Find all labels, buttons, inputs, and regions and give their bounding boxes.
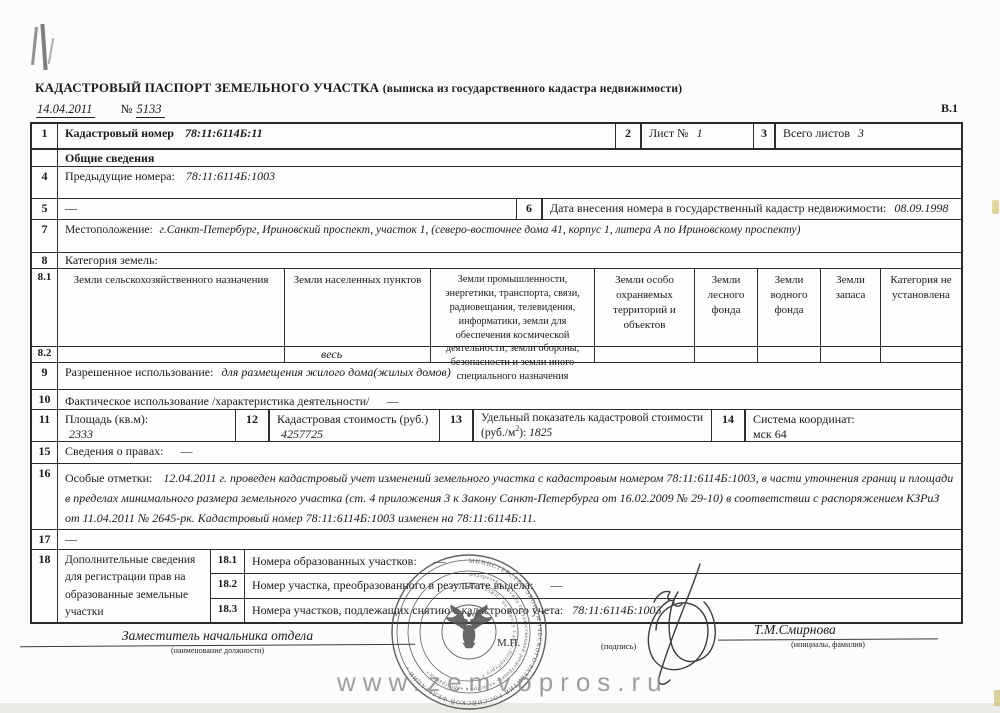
additional-info-subrows: 18.1 Номера образованных участков: — 18.… [210,550,961,622]
category-forest: Земли лесного фонда [694,269,757,346]
category-reserve: Земли запаса [820,269,880,346]
land-category-label: Категория земель: [58,253,961,268]
location-label: Местоположение: [65,224,153,236]
formed-parcels-cell: Номера образованных участков: — [245,550,961,573]
row-number: 8.1 [32,269,58,346]
number-sign: № [120,102,132,116]
sheet-value: 1 [697,126,703,140]
table-row-15: 15 Сведения о правах: — [32,442,961,464]
category-value-empty [594,347,694,362]
row-number: 18 [32,550,58,622]
table-row-8-2: 8.2 весь [32,347,961,363]
scan-smudge [992,200,999,214]
location-cell: Местоположение: г.Санкт-Петербург, Ирино… [58,220,961,252]
table-row-7: 7 Местоположение: г.Санкт-Петербург, Ири… [32,220,961,253]
sheet-cell: Лист № 1 [641,124,753,148]
coordinate-system-label: Система координат: [753,412,954,427]
table-row-1: 1 Кадастровый номер 78:11:6114Б:11 2 Лис… [32,124,961,150]
subrow-18-2: 18.2 Номер участка, преобразованного в р… [211,574,961,598]
row-number: 17 [32,530,58,549]
rights-value: — [180,444,192,458]
row-number: 18.1 [211,550,245,573]
category-value-empty [430,347,594,362]
category-not-set: Категория не установлена [880,269,961,346]
total-sheets-label: Всего листов [783,126,850,140]
category-protected: Земли особо охраняемых территорий и объе… [594,269,694,346]
previous-numbers-cell: Предыдущие номера: 78:11:6114Б:1003 [58,167,961,198]
row-number: 13 [439,410,473,441]
rights-cell: Сведения о правах: — [58,442,961,463]
scan-artifact [48,38,54,64]
special-notes-label: Особые отметки: [65,471,152,485]
total-sheets-value: 3 [858,126,864,140]
document-date-line: 14.04.2011 № 5133 [36,102,165,117]
previous-numbers-label: Предыдущие номера: [65,169,175,183]
specific-cost-line2: (руб./м2): 1825 [481,424,704,439]
permitted-use-cell: Разрешенное использование: для размещени… [58,363,961,389]
svg-text:ФГУ «ЗКП» по городу Санкт-Пете: ФГУ «ЗКП» по городу Санкт-Петербургу • [469,584,517,678]
table-row-11-14: 11 Площадь (кв.м): 2333 12 Кадастровая с… [32,410,961,442]
scan-artifact [31,27,38,65]
transformed-parcel-value: — [550,578,562,592]
row-5-dash: — [65,201,77,215]
position-caption: (наименование должности) [20,646,415,655]
row-number: 9 [32,363,58,389]
specific-cost-unit-pre: (руб./м [481,427,515,439]
subrow-18-3: 18.3 Номера участков, подлежащих снятию … [211,599,961,622]
row-number: 15 [32,442,58,463]
scan-smudge [994,690,1000,706]
area-label: Площадь (кв.м): [65,412,228,427]
cadastral-number-value: 78:11:6114Б:11 [185,126,263,140]
row-number: 8.2 [32,347,58,362]
name-caption: (инициалы, фамилия) [718,640,938,649]
previous-numbers-value: 78:11:6114Б:1003 [186,169,275,183]
category-industry: Земли промышленности, энергетики, трансп… [430,269,594,346]
stamp-place-mark: М.П. [497,637,520,649]
table-row-16: 16 Особые отметки: 12.04.2011 г. проведе… [32,464,961,530]
actual-use-cell: Фактическое использование /характеристик… [58,390,961,409]
document-number: 5133 [136,102,165,118]
official-name: Т.М.Смирнова [718,622,938,638]
category-agricultural: Земли сельскохозяйственного назначения [58,269,284,346]
permitted-use-label: Разрешенное использование: [65,365,213,379]
specific-cost-value: 1825 [529,427,552,439]
removed-parcels-cell: Номера участков, подлежащих снятию с кад… [245,599,961,622]
actual-use-value: — [386,394,398,408]
row-number: 1 [32,124,58,148]
form-code: В.1 [941,101,958,116]
category-settlements: Земли населенных пунктов [284,269,430,346]
row-number: 16 [32,464,58,529]
specific-cost-cell: Удельный показатель кадастровой стоимост… [473,410,711,441]
position-title: Заместитель начальника отдела [20,628,415,644]
sheet-label: Лист № [649,126,689,140]
table-row-17: 17 — [32,530,961,550]
category-value-empty [694,347,757,362]
table-row-8: 8 Категория земель: [32,253,961,269]
category-value-empty [757,347,820,362]
row-5-value-cell: — [58,199,516,219]
special-notes-cell: Особые отметки: 12.04.2011 г. проведен к… [58,464,961,529]
cadastral-cost-cell: Кадастровая стоимость (руб.) 4257725 [269,410,439,441]
scan-artifact [40,24,47,70]
specific-cost-label: Удельный показатель кадастровой стоимост… [481,412,704,424]
row-number: 10 [32,390,58,409]
stamp-inner-ring-text: ФГУ «ЗКП» по городу Санкт-Петербургу • [469,584,517,678]
row-17-dash: — [58,530,961,549]
permitted-use-value: для размещения жилого дома(жилых домов) [221,365,450,379]
cadastral-cost-label: Кадастровая стоимость (руб.) [277,412,432,427]
registry-date-cell: Дата внесения номера в государственный к… [542,199,961,219]
table-row-9: 9 Разрешенное использование: для размеще… [32,363,961,390]
row-number: 7 [32,220,58,252]
category-water: Земли водного фонда [757,269,820,346]
table-row-5-6: 5 — 6 Дата внесения номера в государстве… [32,199,961,220]
document-title-suffix: (выписка из государственного кадастра не… [383,83,683,95]
area-cell: Площадь (кв.м): 2333 [58,410,235,441]
registry-date-value: 08.09.1998 [894,201,948,215]
transformed-parcel-cell: Номер участка, преобразованного в резуль… [245,574,961,597]
row-number: 2 [615,124,641,148]
document-title: КАДАСТРОВЫЙ ПАСПОРТ ЗЕМЕЛЬНОГО УЧАСТКА (… [35,80,682,96]
cadastral-cost-value: 4257725 [277,427,432,442]
row-number: 5 [32,199,58,219]
site-watermark: www.zemvopros.ru [337,667,669,698]
coordinate-system-cell: Система координат: мск 64 [745,410,961,441]
cadastral-table: 1 Кадастровый номер 78:11:6114Б:11 2 Лис… [30,122,963,624]
special-notes-value: 12.04.2011 г. проведен кадастровый учет … [65,471,953,525]
subrow-18-1: 18.1 Номера образованных участков: — [211,550,961,574]
stamp-eagle-emblem [446,605,492,648]
row-number: 12 [235,410,269,441]
registry-date-label: Дата внесения номера в государственный к… [550,201,886,215]
area-value: 2333 [65,427,228,442]
row-number: 6 [516,199,542,219]
actual-use-label: Фактическое использование /характеристик… [65,394,369,408]
document-title-main: КАДАСТРОВЫЙ ПАСПОРТ ЗЕМЕЛЬНОГО УЧАСТКА [35,80,379,95]
coordinate-system-value: мск 64 [753,427,954,442]
category-value-empty [58,347,284,362]
table-row-10: 10 Фактическое использование /характерис… [32,390,961,410]
name-block: Т.М.Смирнова (инициалы, фамилия) [718,622,938,649]
row-number: 3 [753,124,775,148]
category-value-empty [880,347,961,362]
table-row-4: 4 Предыдущие номера: 78:11:6114Б:1003 [32,167,961,199]
row-number: 14 [711,410,745,441]
row-number: 18.2 [211,574,245,597]
general-info-header: Общие сведения [58,150,961,166]
cadastral-number-cell: Кадастровый номер 78:11:6114Б:11 [58,124,615,148]
row-number [32,150,58,166]
rights-label: Сведения о правах: [65,444,163,458]
row-number: 4 [32,167,58,198]
specific-cost-unit-post: ): [519,427,526,439]
table-row-general: Общие сведения [32,150,961,167]
row-number: 8 [32,253,58,268]
row-number: 11 [32,410,58,441]
document-date: 14.04.2011 [36,102,95,118]
additional-info-label: Дополнительные сведения для регистрации … [58,550,210,622]
scanned-cadastral-passport-page: КАДАСТРОВЫЙ ПАСПОРТ ЗЕМЕЛЬНОГО УЧАСТКА (… [0,0,1000,713]
cadastral-number-label: Кадастровый номер [65,126,174,140]
category-value-empty [820,347,880,362]
category-selected-value: весь [284,347,430,362]
table-row-8-1: 8.1 Земли сельскохозяйственного назначен… [32,269,961,347]
row-number: 18.3 [211,599,245,622]
position-block: Заместитель начальника отдела (наименова… [20,628,415,655]
total-sheets-cell: Всего листов 3 [775,124,961,148]
location-value: г.Санкт-Петербург, Ириновский проспект, … [160,224,801,236]
